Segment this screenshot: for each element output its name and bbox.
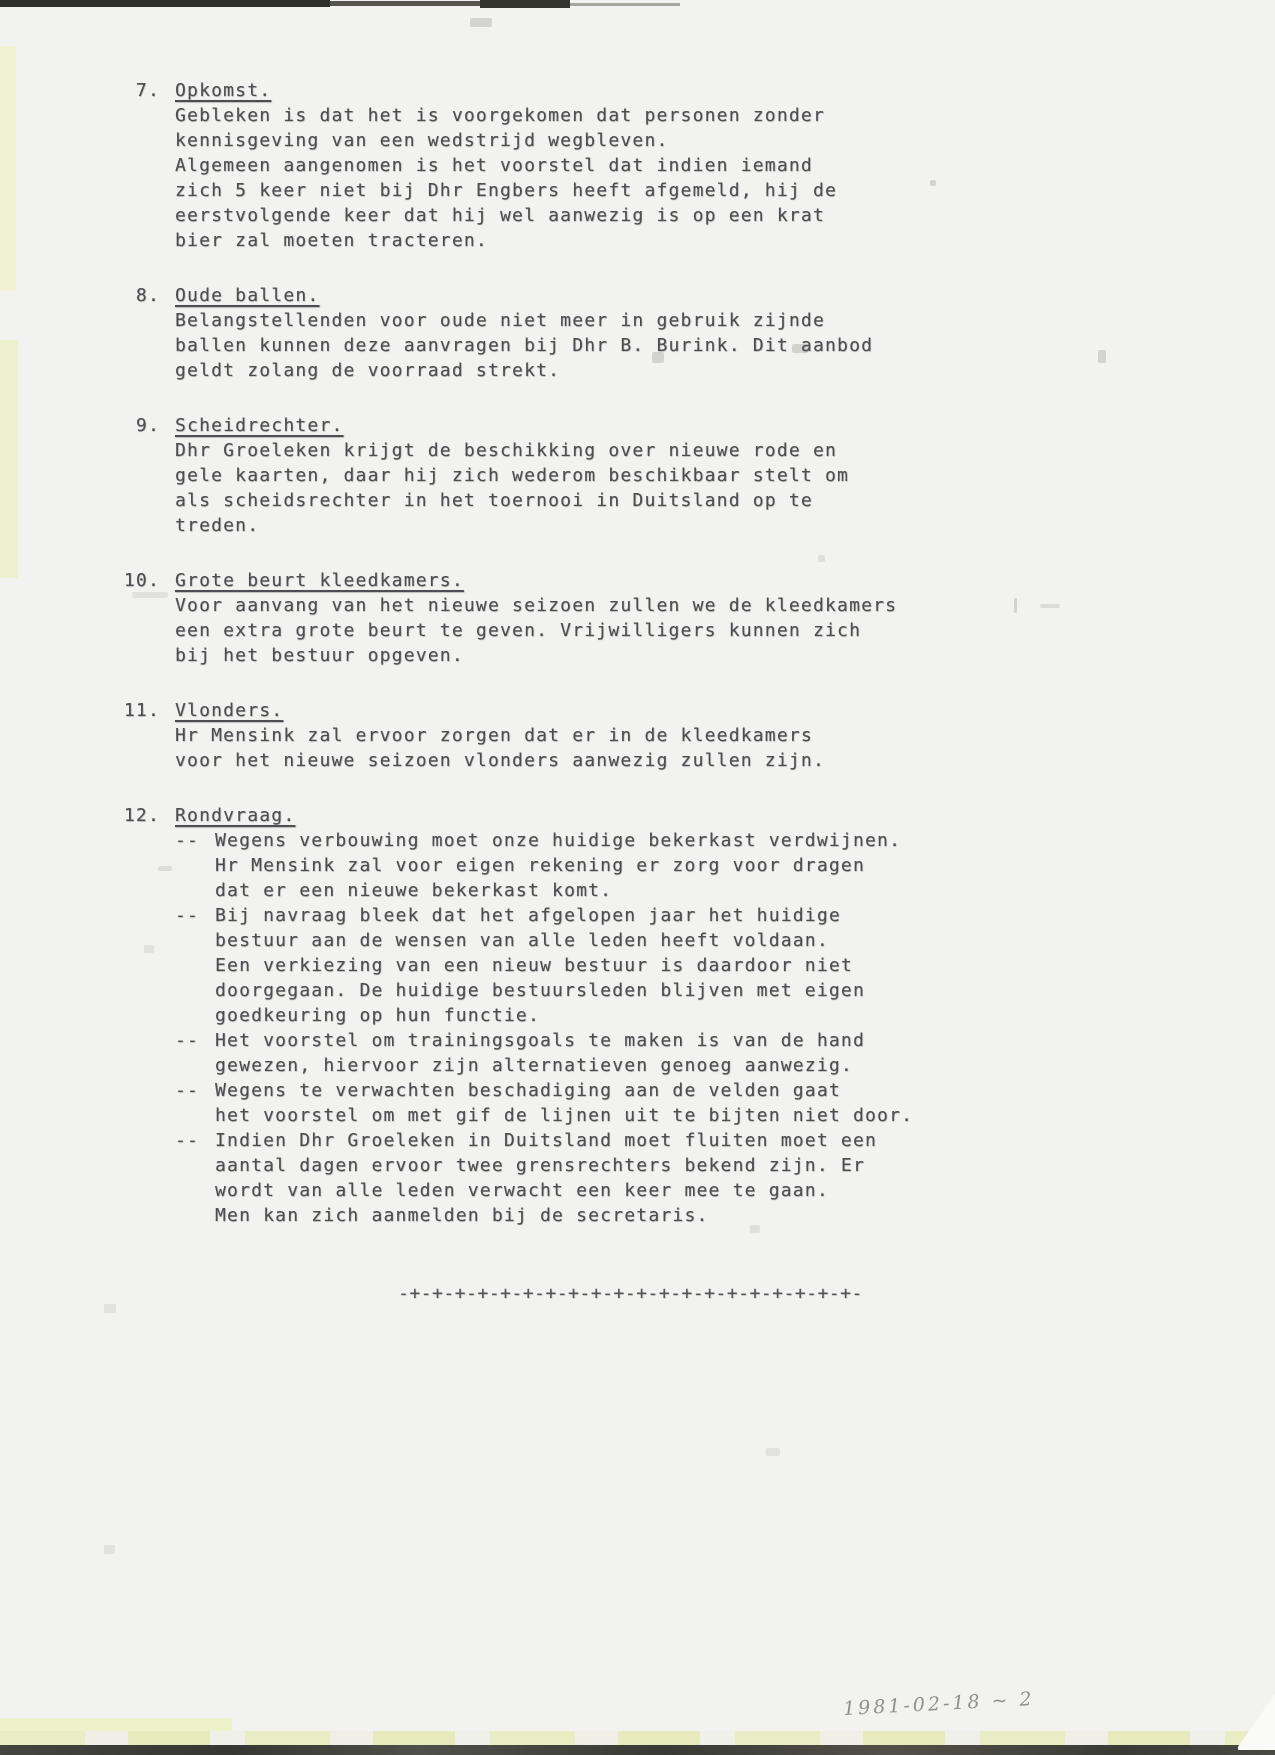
item-heading: Grote beurt kleedkamers. <box>175 568 1170 593</box>
minutes-item: 10.Grote beurt kleedkamers.Voor aanvang … <box>110 568 1170 668</box>
bullet-dash: -- <box>175 903 215 1028</box>
body-line: Een verkiezing van een nieuw bestuur is … <box>215 953 865 978</box>
scan-edge-top <box>480 0 570 8</box>
body-line: aantal dagen ervoor twee grensrechters b… <box>215 1153 877 1178</box>
body-line: gewezen, hiervoor zijn alternatieven gen… <box>215 1053 865 1078</box>
body-line: Men kan zich aanmelden bij de secretaris… <box>215 1203 877 1228</box>
bullet-text: Wegens te verwachten beschadiging aan de… <box>215 1078 913 1128</box>
body-line: Wegens te verwachten beschadiging aan de… <box>215 1078 913 1103</box>
body-line: Voor aanvang van het nieuwe seizoen zull… <box>175 593 1170 618</box>
bullet-dash: -- <box>175 1128 215 1228</box>
body-line: bestuur aan de wensen van alle leden hee… <box>215 928 865 953</box>
handwritten-note: 1981-02-18 ~ 2 <box>843 1688 1036 1720</box>
item-heading: Rondvraag. <box>175 803 1170 828</box>
body-line: Indien Dhr Groeleken in Duitsland moet f… <box>215 1128 877 1153</box>
body-line: zich 5 keer niet bij Dhr Engbers heeft a… <box>175 178 1170 203</box>
minutes-list: 7.Opkomst.Gebleken is dat het is voorgek… <box>110 78 1170 1258</box>
scan-artifact <box>104 1545 115 1554</box>
body-line: als scheidsrechter in het toernooi in Du… <box>175 488 1170 513</box>
item-content: Opkomst.Gebleken is dat het is voorgekom… <box>175 78 1170 253</box>
minutes-item: 12.Rondvraag.--Wegens verbouwing moet on… <box>110 803 1170 1228</box>
body-line: een extra grote beurt te geven. Vrijwill… <box>175 618 1170 643</box>
scan-edge-top <box>0 0 330 7</box>
item-heading: Oude ballen. <box>175 283 1170 308</box>
body-line: het voorstel om met gif de lijnen uit te… <box>215 1103 913 1128</box>
item-content: Vlonders.Hr Mensink zal ervoor zorgen da… <box>175 698 1170 773</box>
item-number: 8. <box>110 283 175 383</box>
body-line: dat er een nieuwe bekerkast komt. <box>215 878 901 903</box>
body-line: Gebleken is dat het is voorgekomen dat p… <box>175 103 1170 128</box>
body-line: Algemeen aangenomen is het voorstel dat … <box>175 153 1170 178</box>
body-line: Het voorstel om trainingsgoals te maken … <box>215 1028 865 1053</box>
divider: -+-+-+-+-+-+-+-+-+-+-+-+-+-+-+-+-+-+-+-+… <box>398 1283 863 1304</box>
scan-edge-bottom-shadow <box>0 1745 1275 1755</box>
body-line: Hr Mensink zal voor eigen rekening er zo… <box>215 853 901 878</box>
body-line: Belangstellenden voor oude niet meer in … <box>175 308 1170 333</box>
minutes-item: 8.Oude ballen.Belangstellenden voor oude… <box>110 283 1170 383</box>
bullet-item: --Wegens te verwachten beschadiging aan … <box>175 1078 1170 1128</box>
body-line: doorgegaan. De huidige bestuursleden bli… <box>215 978 865 1003</box>
item-heading: Opkomst. <box>175 78 1170 103</box>
item-content: Oude ballen.Belangstellenden voor oude n… <box>175 283 1170 383</box>
body-line: Hr Mensink zal ervoor zorgen dat er in d… <box>175 723 1170 748</box>
item-content: Rondvraag.--Wegens verbouwing moet onze … <box>175 803 1170 1228</box>
body-line: ballen kunnen deze aanvragen bij Dhr B. … <box>175 333 1170 358</box>
scan-artifact <box>766 1448 780 1456</box>
bullet-item: --Het voorstel om trainingsgoals te make… <box>175 1028 1170 1078</box>
bullet-text: Bij navraag bleek dat het afgelopen jaar… <box>215 903 865 1028</box>
bullet-dash: -- <box>175 1028 215 1078</box>
paper-corner-fold <box>1238 1690 1275 1750</box>
bullet-item: --Bij navraag bleek dat het afgelopen ja… <box>175 903 1170 1028</box>
minutes-item: 9.Scheidrechter.Dhr Groeleken krijgt de … <box>110 413 1170 538</box>
scan-artifact <box>470 18 492 27</box>
paper-edge-left-strip <box>0 46 16 291</box>
body-line: kennisgeving van een wedstrijd wegbleven… <box>175 128 1170 153</box>
bullet-text: Wegens verbouwing moet onze huidige beke… <box>215 828 901 903</box>
item-heading: Scheidrechter. <box>175 413 1170 438</box>
item-content: Grote beurt kleedkamers.Voor aanvang van… <box>175 568 1170 668</box>
body-line: bij het bestuur opgeven. <box>175 643 1170 668</box>
body-line: Bij navraag bleek dat het afgelopen jaar… <box>215 903 865 928</box>
body-line: goedkeuring op hun functie. <box>215 1003 865 1028</box>
body-line: voor het nieuwe seizoen vlonders aanwezi… <box>175 748 1170 773</box>
scan-edge-top <box>570 3 680 6</box>
bullet-text: Indien Dhr Groeleken in Duitsland moet f… <box>215 1128 877 1228</box>
item-number: 9. <box>110 413 175 538</box>
bullet-dash: -- <box>175 828 215 903</box>
body-line: gele kaarten, daar hij zich wederom besc… <box>175 463 1170 488</box>
body-line: eerstvolgende keer dat hij wel aanwezig … <box>175 203 1170 228</box>
bullet-dash: -- <box>175 1078 215 1128</box>
bullet-item: --Wegens verbouwing moet onze huidige be… <box>175 828 1170 903</box>
bullet-item: --Indien Dhr Groeleken in Duitsland moet… <box>175 1128 1170 1228</box>
scanned-document-page: 7.Opkomst.Gebleken is dat het is voorgek… <box>0 0 1275 1755</box>
bullet-text: Het voorstel om trainingsgoals te maken … <box>215 1028 865 1078</box>
item-content: Scheidrechter.Dhr Groeleken krijgt de be… <box>175 413 1170 538</box>
minutes-item: 7.Opkomst.Gebleken is dat het is voorgek… <box>110 78 1170 253</box>
item-heading: Vlonders. <box>175 698 1170 723</box>
item-number: 7. <box>110 78 175 253</box>
body-line: Wegens verbouwing moet onze huidige beke… <box>215 828 901 853</box>
body-line: wordt van alle leden verwacht een keer m… <box>215 1178 877 1203</box>
item-number: 11. <box>110 698 175 773</box>
body-line: bier zal moeten tracteren. <box>175 228 1170 253</box>
scan-edge-top <box>330 1 480 6</box>
body-line: geldt zolang de voorraad strekt. <box>175 358 1170 383</box>
body-line: Dhr Groeleken krijgt de beschikking over… <box>175 438 1170 463</box>
body-line: treden. <box>175 513 1170 538</box>
item-number: 12. <box>110 803 175 1228</box>
scan-artifact <box>104 1304 116 1313</box>
paper-edge-left-strip <box>0 340 18 578</box>
minutes-item: 11.Vlonders.Hr Mensink zal ervoor zorgen… <box>110 698 1170 773</box>
item-number: 10. <box>110 568 175 668</box>
